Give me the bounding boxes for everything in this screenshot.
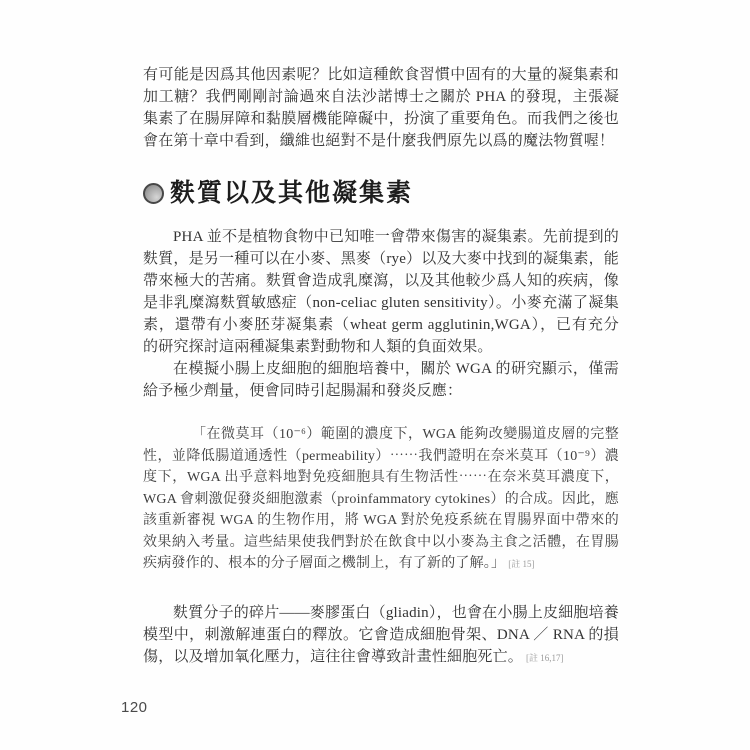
bullet-circle-icon xyxy=(143,183,164,204)
gliadin-citation-note: [註 16,17] xyxy=(526,653,564,663)
quote-text: 「在微莫耳（10⁻⁶）範圍的濃度下，WGA 能夠改變腸道皮層的完整性，並降低腸道… xyxy=(143,427,619,571)
book-page: 有可能是因爲其他因素呢？比如這種飲食習慣中固有的大量的凝集素和加工糖？我們剛剛討… xyxy=(0,0,750,750)
paragraph-wga-intro: 在模擬小腸上皮細胞的細胞培養中，關於 WGA 的研究顯示，僅需給予極少劑量，便會… xyxy=(143,358,619,402)
paragraph-intro: 有可能是因爲其他因素呢？比如這種飲食習慣中固有的大量的凝集素和加工糖？我們剛剛討… xyxy=(143,64,619,152)
page-number: 120 xyxy=(121,699,148,716)
section-heading-text: 麩質以及其他凝集素 xyxy=(170,178,413,208)
paragraph-gliadin: 麩質分子的碎片——麥膠蛋白（gliadin），也會在小腸上皮細胞培養模型中，刺激… xyxy=(143,602,619,669)
quote-citation-note: [註 15] xyxy=(508,559,534,569)
paragraph-pha: PHA 並不是植物食物中已知唯一會帶來傷害的凝集素。先前提到的麩質，是另一種可以… xyxy=(143,226,619,358)
block-quote: 「在微莫耳（10⁻⁶）範圍的濃度下，WGA 能夠改變腸道皮層的完整性，並降低腸道… xyxy=(143,424,619,576)
section-heading: 麩質以及其他凝集素 xyxy=(143,178,619,208)
text-column: 有可能是因爲其他因素呢？比如這種飲食習慣中固有的大量的凝集素和加工糖？我們剛剛討… xyxy=(143,64,619,669)
